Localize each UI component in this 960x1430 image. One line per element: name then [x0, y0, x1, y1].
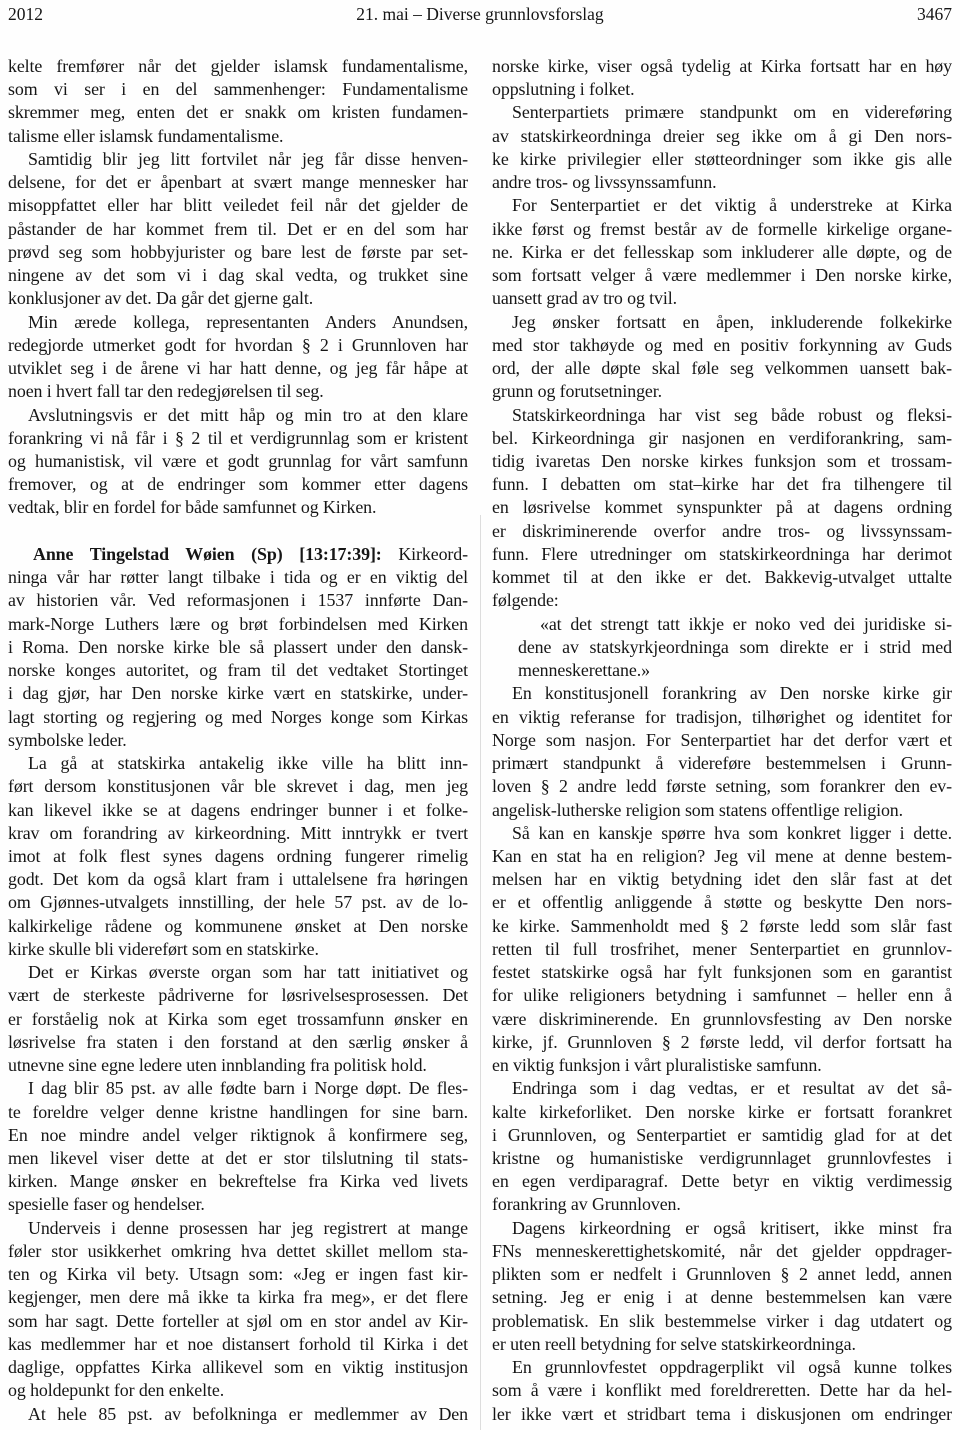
text-line: om Gjønnes-utvalgets innstilling, der he…: [8, 891, 468, 914]
text-line: Underveis i denne prosessen har jeg regi…: [8, 1217, 468, 1240]
text-line: vedtak, blir en fordel for både samfunne…: [8, 496, 468, 519]
document-page: 2012 21. mai – Diverse grunnlovsforslag …: [0, 0, 960, 1430]
text-line: godt. Det kom da også klart fram i uttal…: [8, 868, 468, 891]
text-line: uansett grad av tro og tvil.: [492, 287, 952, 310]
text-line: en løsrivelse kommet synspunkter på at d…: [492, 496, 952, 519]
text-line: mark-Norge Luthers lære og brøt forbinde…: [8, 613, 468, 636]
text-line: problematisk. En slik bestemmelse virker…: [492, 1310, 952, 1333]
text-line: Dagens kirkeordning er også kritisert, i…: [492, 1217, 952, 1240]
page-header: 2012 21. mai – Diverse grunnlovsforslag …: [8, 3, 952, 27]
text-line: i Roma. Den norske kirke ble så plassert…: [8, 636, 468, 659]
text-line: tidig ivaretas Den norske kirkes funksjo…: [492, 450, 952, 473]
text-line: og holdepunkt for den enkelte.: [8, 1379, 468, 1402]
text-line: ne. Kirka er det fellesskap som inkluder…: [492, 241, 952, 264]
text-line: Samtidig blir jeg litt fortvilet når jeg…: [8, 148, 468, 171]
text-line: funn. Flere utredninger om statskirkeord…: [492, 543, 952, 566]
text-line: skremmer meg, enten det er snakk om kris…: [8, 101, 468, 124]
speaker-name: Anne Tingelstad Wøien (Sp) [13:17:39]:: [33, 544, 382, 564]
text-line: ler ikke vært et stridbart tema i diskus…: [492, 1403, 952, 1426]
text-line: ikke først og fremst består av de formel…: [492, 218, 952, 241]
text-line: utviklet seg i de årene vi har hatt denn…: [8, 357, 468, 380]
text-line: Det er Kirkas øverste organ som har tatt…: [8, 961, 468, 984]
text-line: ningene av det som vi i dag skal vedta, …: [8, 264, 468, 287]
text-line: angelisk-lutherske religion som statens …: [492, 799, 952, 822]
text-line: er et offentlig anliggende å støtte og b…: [492, 891, 952, 914]
text-line: ten og Kirka vil bety. Utsagn som: «Jeg …: [8, 1263, 468, 1286]
text-line: kirke skulle bli videreført som en stats…: [8, 938, 468, 961]
text-line: Jeg ønsker fortsatt en åpen, inkluderend…: [492, 311, 952, 334]
text-line: kegjenger, men dere må ikke ta kirka fra…: [8, 1286, 468, 1309]
text-line: kommet til at den ikke er det. Bakkevig-…: [492, 566, 952, 589]
text-line: kalkirkelige rådene og kommunene ønsket …: [8, 915, 468, 938]
text-line: utnevne sine egne ledere uten innblandin…: [8, 1054, 468, 1077]
text-line: Så kan en kanskje spørre hva som konkret…: [492, 822, 952, 845]
text-line: ke kirke. Sammenholdt med § 2 første led…: [492, 915, 952, 938]
text-line: konklusjoner av det. Da går det gjerne g…: [8, 287, 468, 310]
text-line: som å være i konflikt med foreldreretten…: [492, 1379, 952, 1402]
text-line: og humanistisk, vil være et godt grunnla…: [8, 450, 468, 473]
text-line: som har sagt. Dette forteller at sjøl om…: [8, 1310, 468, 1333]
text-line: daglige, oppfattes Kirka allikevel som e…: [8, 1356, 468, 1379]
text-line: redegjorde utmerket godt for hvordan § 2…: [8, 334, 468, 357]
text-line: følgende:: [492, 589, 952, 612]
scan-fold-line: [480, 515, 481, 1430]
text-line: av statskirkeordninga dreier seg ikke om…: [492, 125, 952, 148]
text-line: noen i hvert fall tar den redegjørelsen …: [8, 380, 468, 403]
text-line: loven § 2 andre ledd første setning, som…: [492, 775, 952, 798]
text-line: FNs menneskerettighetskomité, når det gj…: [492, 1240, 952, 1263]
text-line: i Grunnloven, og Senterpartiet er samtid…: [492, 1124, 952, 1147]
text-line: ke kirke privilegier eller støtteordning…: [492, 148, 952, 171]
text-line: Statskirkeordninga har vist seg både rob…: [492, 404, 952, 427]
text-line: krav om forandring av kirkeordning. Mitt…: [8, 822, 468, 845]
header-page-number: 3467: [917, 3, 952, 25]
text-line: av historien vår. Ved reformasjonen i 15…: [8, 589, 468, 612]
text-line: En grunnlovfestet oppdragerplikt vil ogs…: [492, 1356, 952, 1379]
text-line: prøvd seg som hobbyjurister og bare lest…: [8, 241, 468, 264]
text-line: Kan en stat ha en religion? Jeg vil mene…: [492, 845, 952, 868]
text-line: andre tros- og livssynssamfunn.: [492, 171, 952, 194]
text-line: ninga vår har røtter langt tilbake i tid…: [8, 566, 468, 589]
text-line: funn. I debatten om stat–kirke har det f…: [492, 473, 952, 496]
text-line: en viktig funksjon i vårt pluralistiske …: [492, 1054, 952, 1077]
text-line: forankring vi nå får i § 2 til et verdig…: [8, 427, 468, 450]
right-column: norske kirke, viser også tydelig at Kirk…: [492, 55, 952, 1426]
text-line: vært de sterkeste pådriverne for løsrive…: [8, 984, 468, 1007]
text-line: en viktig referanse for tradisjon, tilhø…: [492, 706, 952, 729]
text-line: plikten som er nedfelt i Grunnloven § 2 …: [492, 1263, 952, 1286]
text-line: føler stor usikkerhet omkring hva dettet…: [8, 1240, 468, 1263]
text-line: ord, der alle døpte skal føle seg velkom…: [492, 357, 952, 380]
text-line: kas medlemmer har et noe distansert forh…: [8, 1333, 468, 1356]
text-line: bel. Kirkeordninga gir nasjonen en verdi…: [492, 427, 952, 450]
text-line: misoppfattet eller har blitt veiledet fe…: [8, 194, 468, 217]
text-line: Avslutningsvis er det mitt håp og min tr…: [8, 404, 468, 427]
text-line: menneskerettane.»: [492, 659, 952, 682]
text-line: setning. Jeg er enig i at denne bestemme…: [492, 1286, 952, 1309]
text-line: En noe mindre andel velger riktignok å k…: [8, 1124, 468, 1147]
text-line: I dag blir 85 pst. av alle fødte barn i …: [8, 1077, 468, 1100]
left-column: kelte fremfører når det gjelder islamsk …: [8, 55, 468, 1426]
text-line: Endringa som i dag vedtas, er et resulta…: [492, 1077, 952, 1100]
text-line: primært standpunkt å videreføre bestemme…: [492, 752, 952, 775]
text-line: melsen har en viktig betydning idet den …: [492, 868, 952, 891]
text-line: kirke, jf. Grunnloven § 2 første ledd, v…: [492, 1031, 952, 1054]
text-line: lagt storting og regjering og med Norges…: [8, 706, 468, 729]
text-line: spesielle faser og hendelser.: [8, 1193, 468, 1216]
text-line: kelte fremfører når det gjelder islamsk …: [8, 55, 468, 78]
text-line: oppslutning i folket.: [492, 78, 952, 101]
text-line: At hele 85 pst. av befolkninga er medlem…: [8, 1403, 468, 1426]
text-line: For Senterpartiet er det viktig å unders…: [492, 194, 952, 217]
text-line: kristne og humanistiske verdigrunnlaget …: [492, 1147, 952, 1170]
text-line: fremover, og at de endringer som kommer …: [8, 473, 468, 496]
text-line: påstander de har kommet frem til. Det er…: [8, 218, 468, 241]
text-line: grunn og forutsetninger.: [492, 380, 952, 403]
header-title: 21. mai – Diverse grunnlovsforslag: [8, 3, 952, 25]
text-line: løsrivelse fra staten i den forstand at …: [8, 1031, 468, 1054]
text-line: men likevel viser dette at det er stor t…: [8, 1147, 468, 1170]
text-line: er uten reell betydning for selve statsk…: [492, 1333, 952, 1356]
text-line: er forståelig nok at Kirka som eget tros…: [8, 1008, 468, 1031]
text-line: for ulike religioners betydning i samfun…: [492, 984, 952, 1007]
text-line: La gå at statskirka antakelig ikke ville…: [8, 752, 468, 775]
text-line: er diskriminerende overfor andre tros- o…: [492, 520, 952, 543]
text-line: kan likevel ikke se at dagens endringer …: [8, 799, 468, 822]
text-line: festet statskirke også har fylt funksjon…: [492, 961, 952, 984]
text-line: med stor takhøyde og med en positiv fork…: [492, 334, 952, 357]
text-line: i dag gjør, har Den norske kirke vært en…: [8, 682, 468, 705]
text-line: symbolske leder.: [8, 729, 468, 752]
text-line: Min ærede kollega, representanten Anders…: [8, 311, 468, 334]
text-line: en egen verdiparagraf. Dette betyr en vi…: [492, 1170, 952, 1193]
text-line: som fortsatt velger å være medlemmer i D…: [492, 264, 952, 287]
text-line: dene av statskyrkjeordninga som direkte …: [492, 636, 952, 659]
blank-line: [8, 520, 468, 543]
text-line: retten til full trosfrihet, mener Senter…: [492, 938, 952, 961]
text-line: forankring av Grunnloven.: [492, 1193, 952, 1216]
text-line: være diskriminerende. En grunnlovsfestin…: [492, 1008, 952, 1031]
text-line: En konstitusjonell forankring av Den nor…: [492, 682, 952, 705]
text-line: kirken. Mange ønsker en bekreftelse fra …: [8, 1170, 468, 1193]
text-line: te foreldre velger denne kristne handlin…: [8, 1101, 468, 1124]
text-line: norske konges autoritet, og fram til det…: [8, 659, 468, 682]
text-line: «at det strengt tatt ikkje er noko ved d…: [492, 613, 952, 636]
text-line: kalte kirkeforliket. Den norske kirke er…: [492, 1101, 952, 1124]
text-line: Norge som nasjon. For Senterpartiet har …: [492, 729, 952, 752]
text-line: delsene, for det er åpenbart at svært ma…: [8, 171, 468, 194]
text-line: ført dersom konstitusjonen vår ble skrev…: [8, 775, 468, 798]
text-line: talisme eller islamsk fundamentalisme.: [8, 125, 468, 148]
text-line: norske kirke, viser også tydelig at Kirk…: [492, 55, 952, 78]
text-line: imot at folk flest synes dagens ordning …: [8, 845, 468, 868]
text-line: Senterpartiets primære standpunkt om en …: [492, 101, 952, 124]
speaker-line: Anne Tingelstad Wøien (Sp) [13:17:39]: K…: [8, 543, 468, 566]
text-line: som vi ser i en del sammenhenger: Fundam…: [8, 78, 468, 101]
